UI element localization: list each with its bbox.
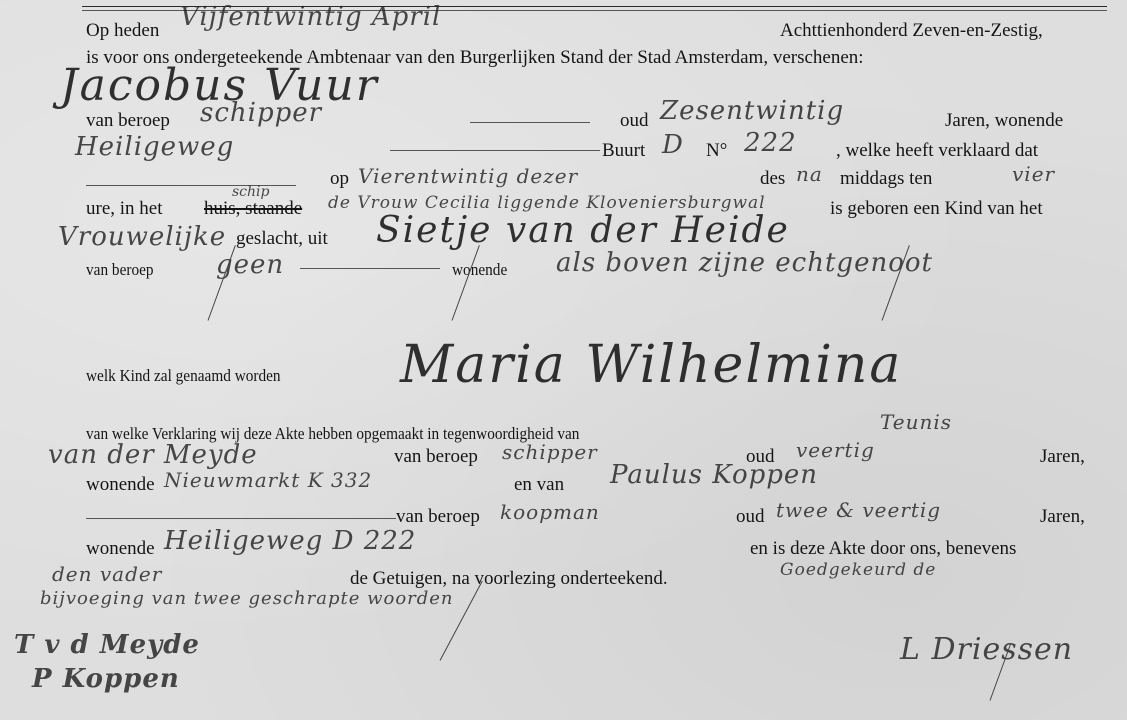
- handwritten-house-number: 222: [744, 128, 797, 158]
- handwritten-buurt-letter: D: [662, 130, 684, 160]
- handwritten-hour: vier: [1012, 162, 1055, 186]
- printed-year: Achttienhonderd Zeven-en-Zestig,: [780, 20, 1043, 42]
- printed-jaren-w2: Jaren,: [1040, 506, 1085, 528]
- handwritten-father-age: Zesentwintig: [660, 96, 844, 126]
- printed-oud-1: oud: [620, 110, 649, 132]
- handwritten-witness2-name: Paulus Koppen: [610, 460, 818, 490]
- printed-en-van: en van: [514, 474, 564, 496]
- signature-witness1: T v d Meyde: [14, 630, 200, 660]
- printed-verklaard: , welke heeft verklaard dat: [836, 140, 1038, 162]
- printed-op: op: [330, 168, 349, 190]
- printed-ure-in-het: ure, in het: [86, 198, 163, 220]
- printed-wonende-w1: wonende: [86, 474, 155, 496]
- printed-jaren-wonende: Jaren, wonende: [945, 110, 1063, 132]
- handwritten-child-name: Maria Wilhelmina: [400, 335, 902, 395]
- printed-beroep-w1: van beroep: [394, 446, 478, 468]
- handwritten-birth-day: Vierentwintig dezer: [358, 164, 578, 188]
- printed-wonende-mother: wonende: [452, 260, 507, 280]
- handwritten-witness2-occupation: koopman: [500, 500, 600, 524]
- printed-van-beroep-mother: van beroep: [86, 260, 154, 280]
- signature-witness2: P Koppen: [32, 664, 180, 694]
- handwritten-witness1-residence: Nieuwmarkt K 332: [164, 468, 372, 492]
- handwritten-mother-occupation: geen: [216, 250, 284, 280]
- pen-stroke: [452, 245, 480, 321]
- printed-oud-w2: oud: [736, 506, 765, 528]
- handwritten-witness2-residence: Heiligeweg D 222: [164, 526, 416, 556]
- handwritten-witness1-last: van der Meyde: [48, 440, 258, 470]
- handwritten-margin-note-1: Goedgekeurd de: [780, 560, 936, 580]
- printed-des: des: [760, 168, 785, 190]
- printed-geslacht: geslacht, uit: [236, 228, 328, 250]
- handwritten-father-occupation: schipper: [200, 98, 322, 128]
- printed-buurt: Buurt: [602, 140, 645, 162]
- handwritten-sex: Vrouwelijke: [58, 222, 226, 252]
- handwritten-mother-residence: als boven zijne echtgenoot: [556, 248, 933, 278]
- printed-van-beroep-1: van beroep: [86, 110, 170, 132]
- handwritten-witness1-occupation: schipper: [502, 440, 598, 464]
- printed-wonende-w2: wonende: [86, 538, 155, 560]
- handwritten-margin-note-2: bijvoeging van twee geschrapte woorden: [40, 588, 454, 609]
- handwritten-witness2-age: twee & veertig: [776, 498, 941, 522]
- fill-line: [470, 122, 590, 123]
- printed-struck-huis: huis, staande: [204, 198, 302, 220]
- signature-official: L Driessen: [900, 632, 1073, 667]
- printed-jaren-w1: Jaren,: [1040, 446, 1085, 468]
- printed-op-heden: Op heden: [86, 20, 159, 42]
- printed-akte-door-ons: en is deze Akte door ons, benevens: [750, 538, 1016, 560]
- handwritten-declarant-note: den vader: [52, 562, 162, 586]
- printed-middags: middags ten: [840, 168, 932, 190]
- handwritten-witness1-age: veertig: [796, 438, 875, 462]
- handwritten-des: na: [796, 162, 823, 186]
- handwritten-mother-name: Sietje van der Heide: [376, 210, 790, 251]
- printed-geboren: is geboren een Kind van het: [830, 198, 1043, 220]
- handwritten-father-residence: Heiligeweg: [75, 132, 234, 162]
- handwritten-date: Vijfentwintig April: [180, 2, 441, 32]
- printed-getuigen: de Getuigen, na voorlezing onderteekend.: [350, 568, 668, 590]
- printed-genaamd: welk Kind zal genaamd worden: [86, 366, 281, 386]
- printed-no: N°: [706, 140, 727, 162]
- fill-line: [390, 150, 600, 151]
- fill-line: [86, 518, 396, 519]
- printed-beroep-w2: van beroep: [396, 506, 480, 528]
- handwritten-witness1-first: Teunis: [880, 410, 952, 434]
- handwritten-above-strike: schip: [232, 184, 269, 200]
- fill-line: [300, 268, 440, 269]
